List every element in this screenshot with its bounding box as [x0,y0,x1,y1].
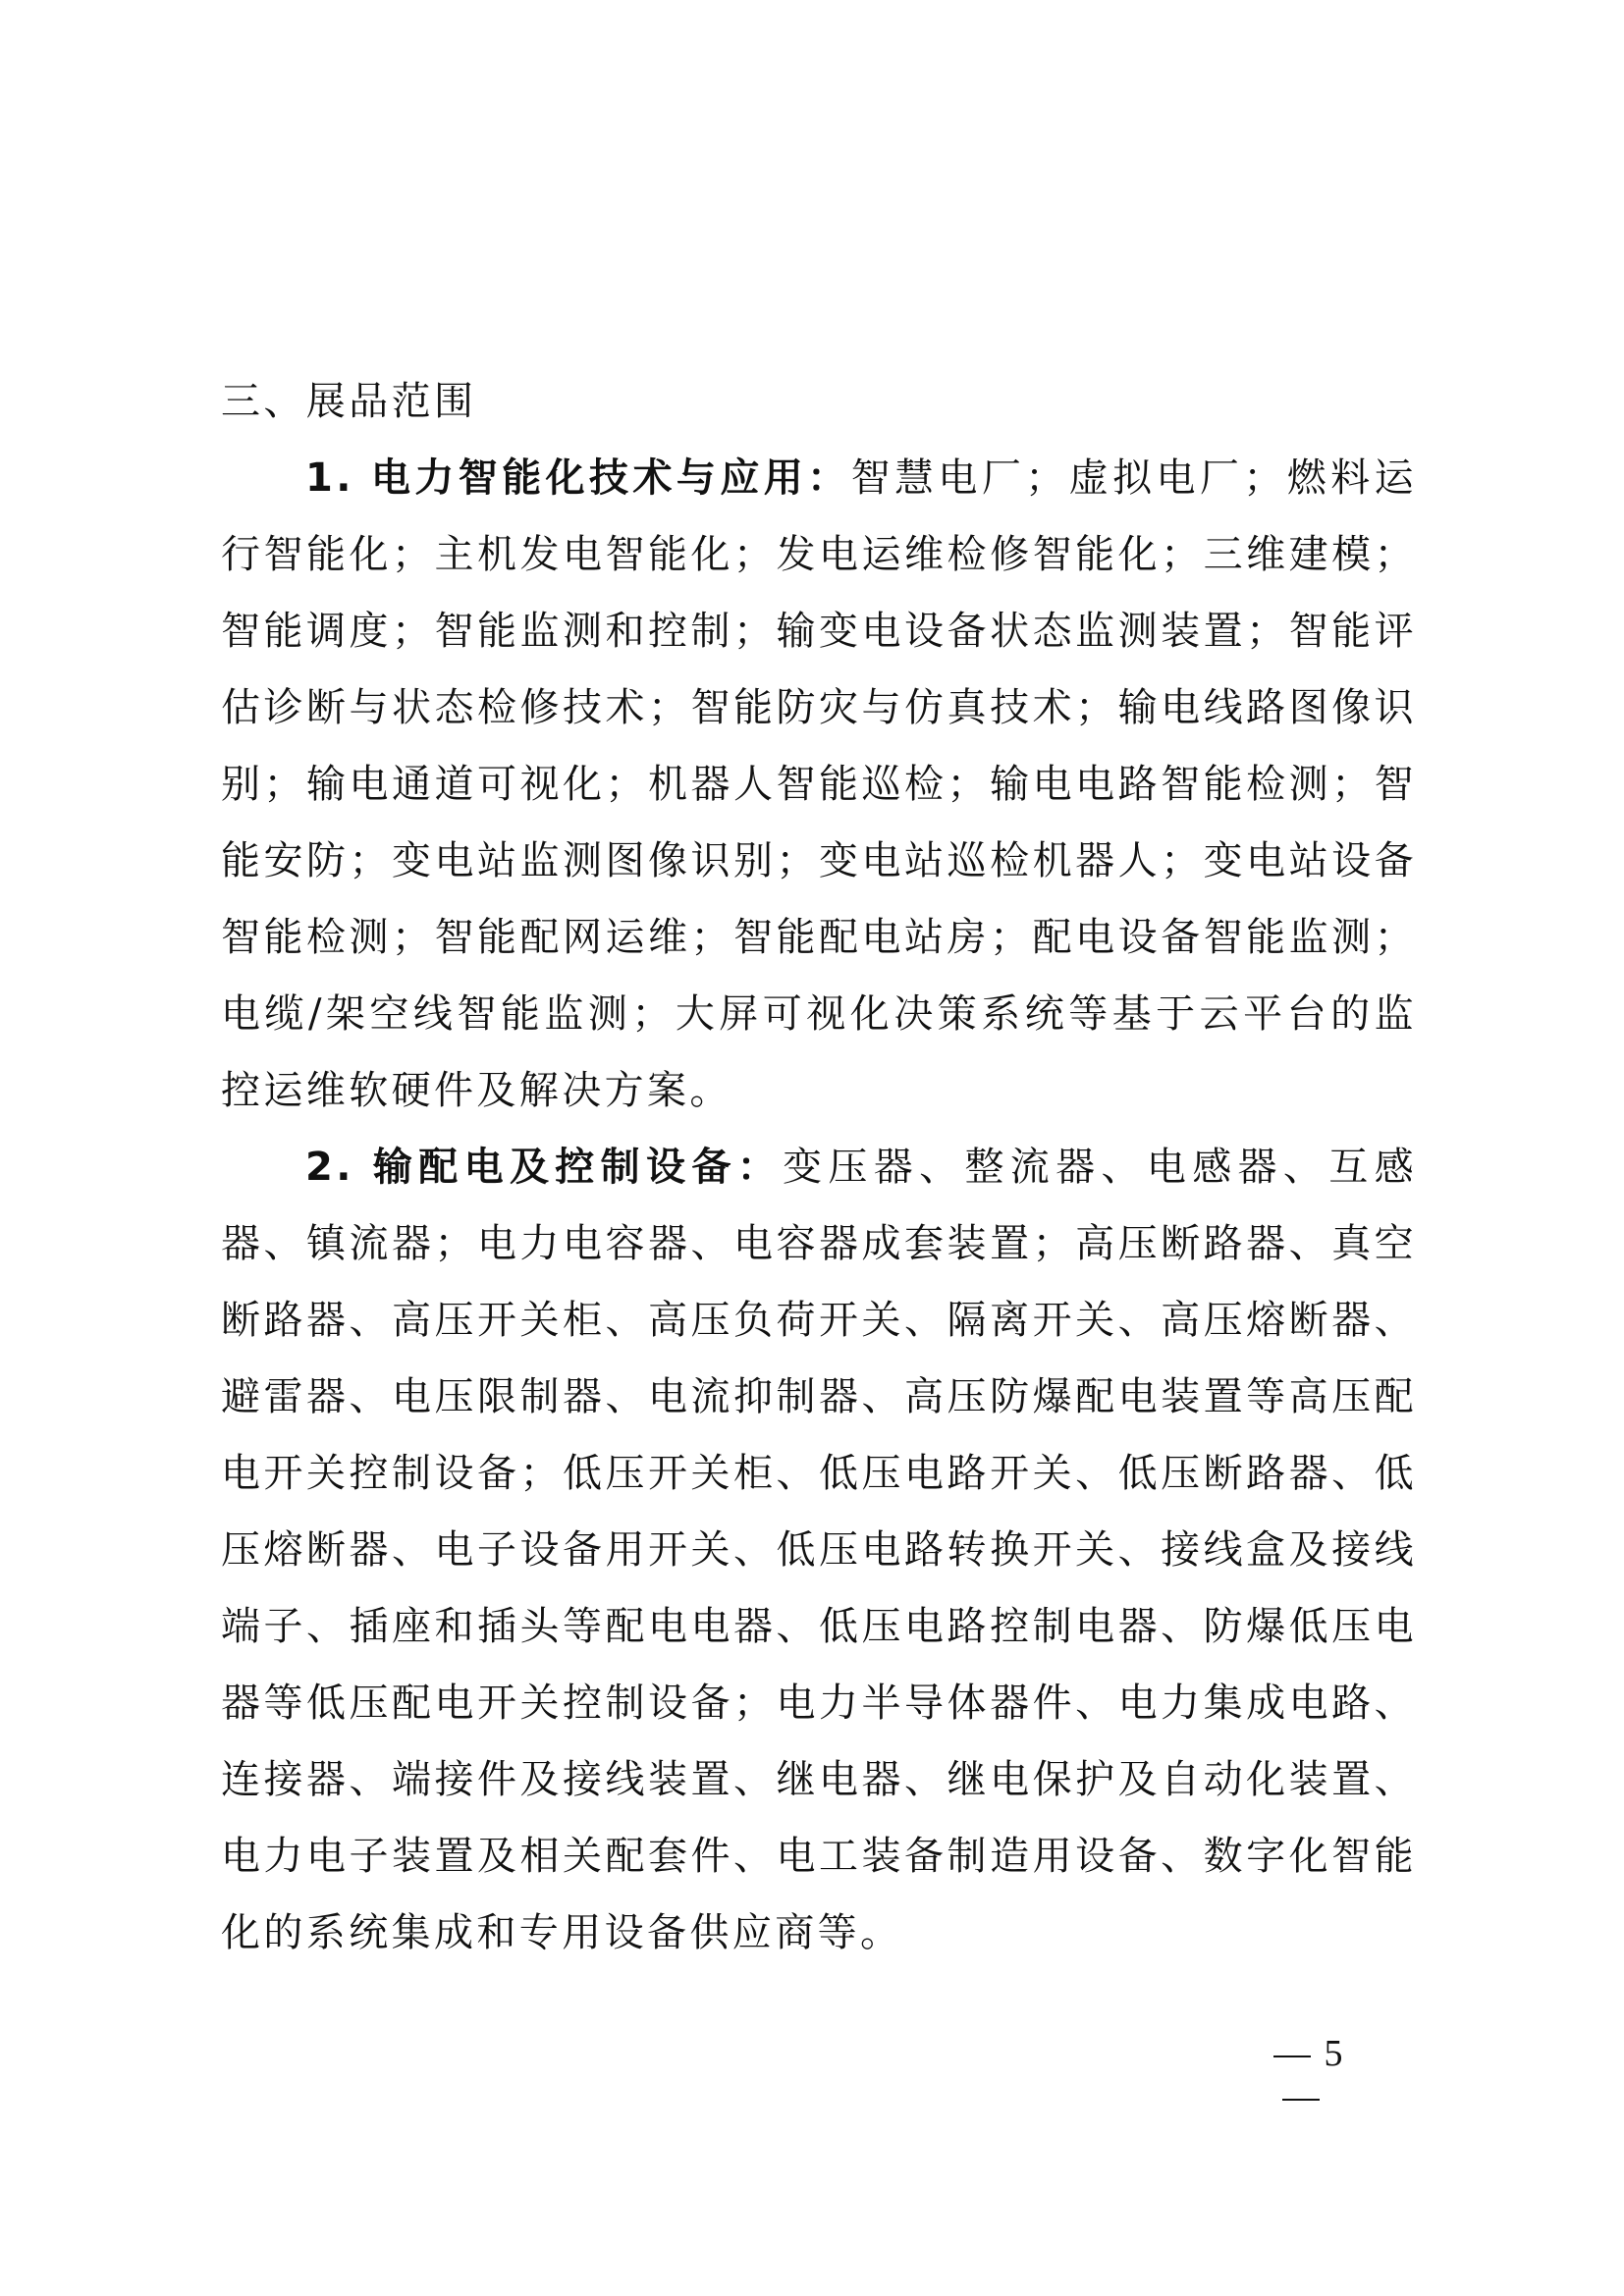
page-number: 5 [1227,2032,1375,2118]
item-2-title: 输配电及控制设备： [373,1145,783,1190]
page-number-value: 5 [1325,2033,1343,2074]
item-1-number: 1. [305,455,354,501]
item-1-body: 智慧电厂；虚拟电厂；燃料运行智能化；主机发电智能化；发电运维检修智能化；三维建模… [221,455,1417,1113]
item-2-body: 变压器、整流器、电感器、互感器、镇流器；电力电容器、电容器成套装置；高压断路器、… [221,1145,1417,1955]
item-2-number: 2. [305,1145,354,1190]
item-1-paragraph: 1. 电力智能化技术与应用：智慧电厂；虚拟电厂；燃料运行智能化；主机发电智能化；… [221,440,1417,1129]
item-1-title: 电力智能化技术与应用： [371,455,851,501]
item-2-paragraph: 2. 输配电及控制设备：变压器、整流器、电感器、互感器、镇流器；电力电容器、电容… [221,1129,1417,1971]
dash-left [1273,2056,1311,2057]
document-page: 三、展品范围 1. 电力智能化技术与应用：智慧电厂；虚拟电厂；燃料运行智能化；主… [0,0,1624,2296]
section-content: 三、展品范围 1. 电力智能化技术与应用：智慧电厂；虚拟电厂；燃料运行智能化；主… [221,363,1417,1971]
section-heading: 三、展品范围 [221,363,1417,440]
dash-right [1282,2099,1320,2101]
